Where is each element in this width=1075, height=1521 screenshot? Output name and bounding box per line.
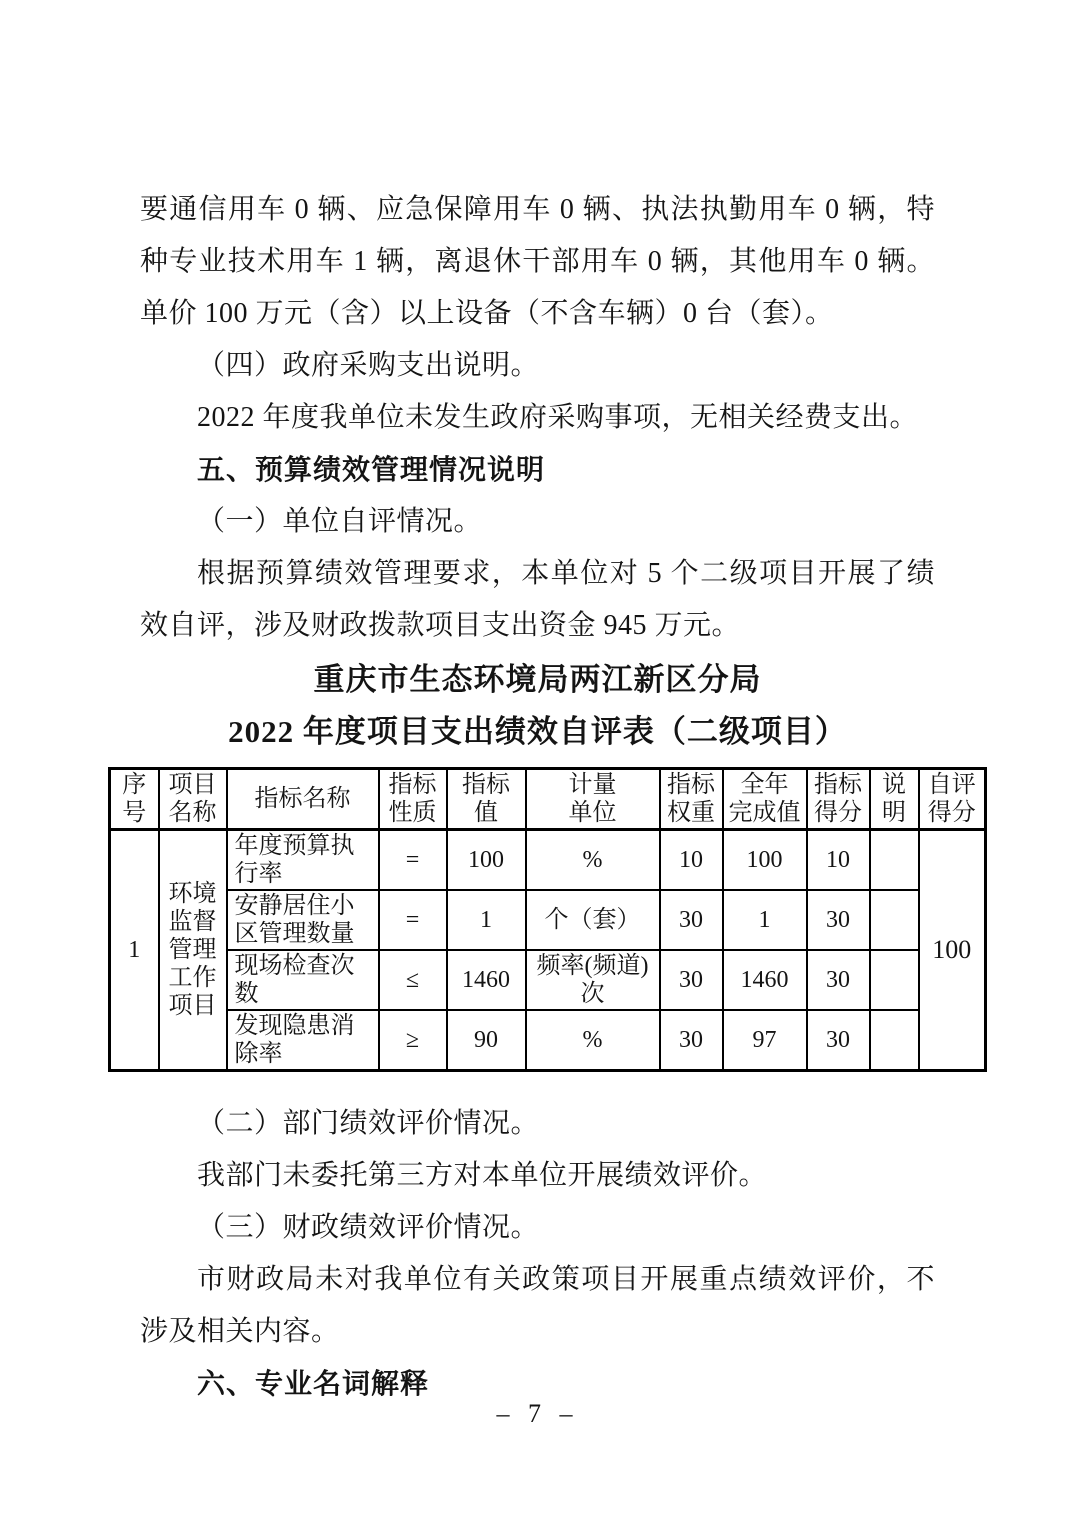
cell-indicator-value: 90	[447, 1010, 526, 1071]
cell-indicator-nature: =	[379, 830, 447, 891]
cell-indicator-value: 1460	[447, 950, 526, 1010]
cell-indicator-nature: ≤	[379, 950, 447, 1010]
document-page: 要通信用车 0 辆、应急保障用车 0 辆、执法执勤用车 0 辆，特种专业技术用车…	[0, 0, 1075, 1521]
cell-unit: %	[526, 1010, 660, 1071]
cell-score: 10	[807, 830, 870, 891]
column-header-unit: 计量 单位	[526, 769, 660, 830]
cell-project-name: 环境 监督 管理 工作 项目	[159, 830, 227, 1071]
cell-completed: 100	[723, 830, 807, 891]
cell-completed: 1	[723, 890, 807, 950]
cell-weight: 30	[660, 1010, 723, 1071]
section-heading-5: 五、预算绩效管理情况说明	[140, 444, 935, 496]
subheading-finance-evaluation: （三）财政绩效评价情况。	[140, 1202, 935, 1254]
body-paragraph-procurement-note: 2022 年度我单位未发生政府采购事项，无相关经费支出。	[140, 392, 935, 444]
cell-indicator-value: 100	[447, 830, 526, 891]
cell-score: 30	[807, 950, 870, 1010]
cell-score: 30	[807, 1010, 870, 1071]
table-row: 安静居住小区管理数量 = 1 个（套） 30 1 30	[110, 890, 986, 950]
cell-weight: 10	[660, 830, 723, 891]
column-header-score: 指标 得分	[807, 769, 870, 830]
cell-unit: %	[526, 830, 660, 891]
column-header-note: 说 明	[870, 769, 919, 830]
column-header-completed: 全年 完成值	[723, 769, 807, 830]
table-row: 现场检查次数 ≤ 1460 频率(频道)次 30 1460 30	[110, 950, 986, 1010]
cell-completed: 97	[723, 1010, 807, 1071]
cell-indicator-nature: =	[379, 890, 447, 950]
cell-weight: 30	[660, 950, 723, 1010]
cell-note	[870, 890, 919, 950]
cell-unit: 频率(频道)次	[526, 950, 660, 1010]
cell-completed: 1460	[723, 950, 807, 1010]
cell-note	[870, 1010, 919, 1071]
cell-seq: 1	[110, 830, 159, 1071]
page-number: – 7 –	[0, 1399, 1075, 1429]
body-paragraph-dept-evaluation: 我部门未委托第三方对本单位开展绩效评价。	[140, 1150, 935, 1202]
cell-note	[870, 950, 919, 1010]
column-header-project: 项目 名称	[159, 769, 227, 830]
cell-score: 30	[807, 890, 870, 950]
cell-unit: 个（套）	[526, 890, 660, 950]
subheading-self-evaluation: （一）单位自评情况。	[140, 496, 935, 548]
cell-indicator-name: 安静居住小区管理数量	[227, 890, 379, 950]
body-paragraph-vehicles: 要通信用车 0 辆、应急保障用车 0 辆、执法执勤用车 0 辆，特种专业技术用车…	[140, 184, 935, 340]
column-header-weight: 指标 权重	[660, 769, 723, 830]
page-content: 要通信用车 0 辆、应急保障用车 0 辆、执法执勤用车 0 辆，特种专业技术用车…	[140, 184, 935, 1410]
subheading-gov-procurement: （四）政府采购支出说明。	[140, 340, 935, 392]
table-title-agency: 重庆市生态环境局两江新区分局	[140, 656, 935, 704]
column-header-seq: 序 号	[110, 769, 159, 830]
subheading-dept-evaluation: （二）部门绩效评价情况。	[140, 1098, 935, 1150]
table-header-row: 序 号 项目 名称 指标名称 指标 性质 指标值 计量 单位 指标 权重 全年 …	[110, 769, 986, 830]
cell-indicator-value: 1	[447, 890, 526, 950]
body-paragraph-finance-evaluation: 市财政局未对我单位有关政策项目开展重点绩效评价，不涉及相关内容。	[140, 1254, 935, 1358]
cell-weight: 30	[660, 890, 723, 950]
body-paragraph-self-evaluation: 根据预算绩效管理要求，本单位对 5 个二级项目开展了绩效自评，涉及财政拨款项目支…	[140, 548, 935, 652]
table-title-report: 2022 年度项目支出绩效自评表（二级项目）	[140, 708, 935, 756]
column-header-indicator-nature: 指标 性质	[379, 769, 447, 830]
column-header-self-score: 自评 得分	[919, 769, 986, 830]
cell-indicator-nature: ≥	[379, 1010, 447, 1071]
cell-indicator-name: 年度预算执行率	[227, 830, 379, 891]
table-row: 发现隐患消除率 ≥ 90 % 30 97 30	[110, 1010, 986, 1071]
cell-indicator-name: 现场检查次数	[227, 950, 379, 1010]
cell-self-score: 100	[919, 830, 986, 1071]
table-row: 1 环境 监督 管理 工作 项目 年度预算执行率 = 100 % 10 100 …	[110, 830, 986, 891]
column-header-indicator-value: 指标值	[447, 769, 526, 830]
column-header-indicator-name: 指标名称	[227, 769, 379, 830]
cell-note	[870, 830, 919, 891]
cell-indicator-name: 发现隐患消除率	[227, 1010, 379, 1071]
self-evaluation-table: 序 号 项目 名称 指标名称 指标 性质 指标值 计量 单位 指标 权重 全年 …	[108, 767, 987, 1072]
